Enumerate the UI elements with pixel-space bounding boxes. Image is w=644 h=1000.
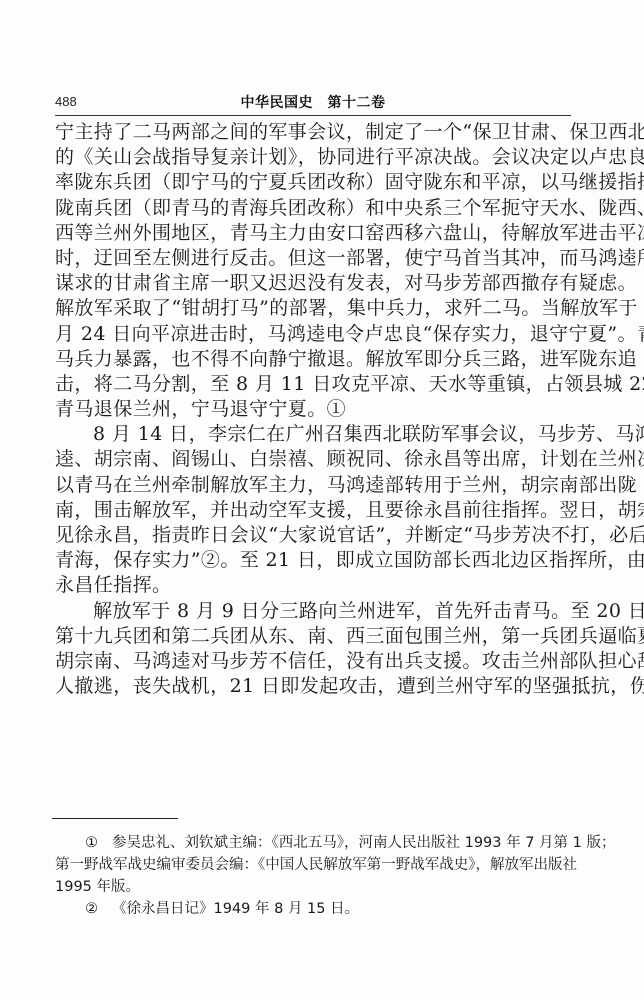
text-line: 青马退保兰州，宁马退守宁夏。① <box>55 397 571 422</box>
running-head: 488 中华民国史 第十二卷 <box>55 92 571 114</box>
text-line: 西等兰州外围地区，青马主力由安口窑西移六盘山，待解放军进击平凉 <box>55 221 571 246</box>
footnote-1-line: 1995 年版。 <box>55 876 571 898</box>
footnote-2-marker: ② <box>85 901 98 917</box>
text-line: 人撤逃，丧失战机，21 日即发起攻击，遭到兰州守军的坚强抵抗，伤亡 <box>55 674 571 699</box>
text-line: 见徐永昌，指责昨日会议“大家说官话”，并断定“马步芳决不打，必后撤 <box>55 523 571 548</box>
text-line: 陇南兵团（即青马的青海兵团改称）和中央系三个军扼守天水、陇西、定 <box>55 196 571 221</box>
text-line: 的《关山会战指导复亲计划》，协同进行平凉决战。会议决定以卢忠良 <box>55 145 571 170</box>
text-line: 宁主持了二马两部之间的军事会议，制定了一个“保卫甘肃、保卫西北” <box>55 120 571 145</box>
text-line: 马兵力暴露，也不得不向静宁撤退。解放军即分兵三路，进军陇东追 <box>55 347 571 372</box>
text-line: 永昌任指挥。 <box>55 573 571 598</box>
text-line: 击，将二马分割，至 8 月 11 日攻克平凉、天水等重镇，占领县城 22 座。 <box>55 372 571 397</box>
text-line: 胡宗南、马鸿逵对马步芳不信任，没有出兵支援。攻击兰州部队担心敌 <box>55 649 571 674</box>
footnote-1-marker: ① <box>85 835 98 851</box>
text-line: 青海，保存实力”②。至 21 日，即成立国防部长西北边区指挥所，由徐 <box>55 548 571 573</box>
text-line: 月 24 日向平凉进击时，马鸿逵电令卢忠良“保存实力，退守宁夏”。青 <box>55 322 571 347</box>
text-line: 南，围击解放军，并出动空军支援，且要徐永昌前往指挥。翌日，胡宗南 <box>55 498 571 523</box>
footnote-1-line: 第一野战军战史编审委员会编：《中国人民解放军第一野战军战史》，解放军出版社 <box>55 854 571 876</box>
paragraph-start-line: 解放军于 8 月 9 日分三路向兰州进军，首先歼击青马。至 20 日， <box>55 599 571 624</box>
paragraph-start-line: 8 月 14 日，李宗仁在广州召集西北联防军事会议，马步芳、马鸿 <box>55 422 571 447</box>
text-line: 第十九兵团和第二兵团从东、南、西三面包围兰州，第一兵团兵逼临夏。 <box>55 624 571 649</box>
footnote-2-line: ②《徐永昌日记》1949 年 8 月 15 日。 <box>55 898 571 920</box>
text-line: 解放军采取了“钳胡打马”的部署，集中兵力，求歼二马。当解放军于 7 <box>55 296 571 321</box>
footnote-2-text: 《徐永昌日记》1949 年 8 月 15 日。 <box>112 901 359 917</box>
book-page: 488 中华民国史 第十二卷 宁主持了二马两部之间的军事会议，制定了一个“保卫甘… <box>0 0 644 1000</box>
body-text: 宁主持了二马两部之间的军事会议，制定了一个“保卫甘肃、保卫西北” 的《关山会战指… <box>55 120 571 699</box>
text-line: 率陇东兵团（即宁马的宁夏兵团改称）固守陇东和平凉，以马继援指挥 <box>55 170 571 195</box>
text-line: 谋求的甘肃省主席一职又迟迟没有发表，对马步芳部西撤存有疑虑。 <box>55 271 571 296</box>
footnote-1-line: ①参吴忠礼、刘钦斌主编：《西北五马》，河南人民出版社 1993 年 7 月第 1… <box>55 832 571 854</box>
text-line: 逵、胡宗南、阎锡山、白崇禧、顾祝同、徐永昌等出席，计划在兰州决战， <box>55 447 571 472</box>
footnote-separator <box>52 818 178 819</box>
footnotes: ①参吴忠礼、刘钦斌主编：《西北五马》，河南人民出版社 1993 年 7 月第 1… <box>55 832 571 920</box>
header-rule <box>55 115 571 116</box>
text-line: 时，迂回至左侧进行反击。但这一部署，使宁马首当其冲，而马鸿逵所 <box>55 246 571 271</box>
text-line: 以青马在兰州牵制解放军主力，马鸿逵部转用于兰州，胡宗南部出陇 <box>55 473 571 498</box>
running-head-title: 中华民国史 第十二卷 <box>55 92 571 112</box>
footnote-1-text: 参吴忠礼、刘钦斌主编：《西北五马》，河南人民出版社 1993 年 7 月第 1 … <box>112 835 616 851</box>
